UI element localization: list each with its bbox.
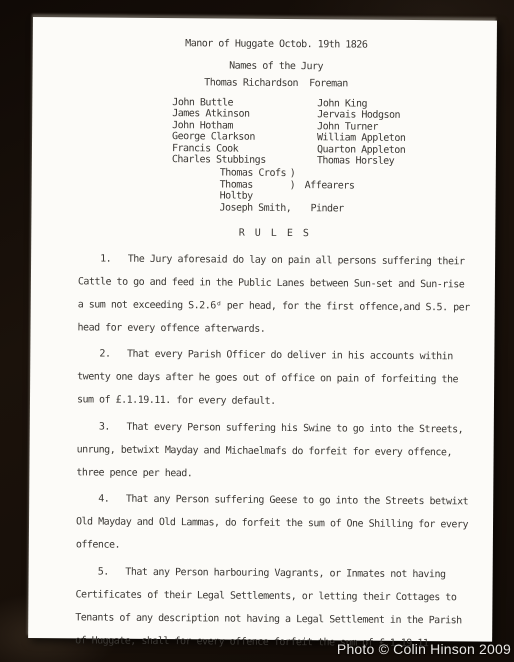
rule-paragraph-2: 2. That every Parish Officer do deliver … <box>77 343 471 415</box>
photo-background: Manor of Huggate Octob. 19th 1826 Names … <box>0 0 514 662</box>
bracket-glyph: ) <box>290 168 305 180</box>
affearers-label: Affearers <box>305 180 472 193</box>
rules-section: 1. The Jury aforesaid do lay on pain all… <box>75 247 471 655</box>
bracket-glyph: ) <box>290 180 305 203</box>
document-page: Manor of Huggate Octob. 19th 1826 Names … <box>28 17 497 642</box>
affearer-name: Thomas Crofs <box>220 168 290 180</box>
photo-credit: Photo © Colin Hinson 2009 <box>337 641 511 657</box>
affearer-name: Thomas Holtby <box>220 179 290 203</box>
pinder-label: Pinder <box>304 203 471 216</box>
jurors-column-right: John King Jervais Hodgson John Turner Wi… <box>317 98 473 169</box>
rule-paragraph-1: 1. The Jury aforesaid do lay on pain all… <box>77 247 471 342</box>
juror-name: Thomas Horsley <box>317 156 472 169</box>
document-content: Manor of Huggate Octob. 19th 1826 Names … <box>28 17 497 656</box>
rule-paragraph-4: 4. That any Person suffering Geese to go… <box>76 488 470 560</box>
jurors-list: John Buttle James Atkinson John Hotham G… <box>172 97 473 169</box>
jurors-column-left: John Buttle James Atkinson John Hotham G… <box>172 97 318 168</box>
jury-heading: Names of the Jury <box>80 59 473 74</box>
rule-paragraph-3: 3. That every Person suffering his Swine… <box>76 415 470 487</box>
officers-list: Thomas Crofs ) Affearers Thomas Holtby )… <box>219 168 471 216</box>
juror-name: Charles Stubbings <box>172 155 317 168</box>
pinder-name: Joseph Smith, <box>219 202 289 214</box>
foreman-line: Thomas Richardson Foreman <box>79 76 472 91</box>
document-title: Manor of Huggate Octob. 19th 1826 <box>80 37 473 52</box>
rules-heading: R U L E S <box>78 227 471 242</box>
